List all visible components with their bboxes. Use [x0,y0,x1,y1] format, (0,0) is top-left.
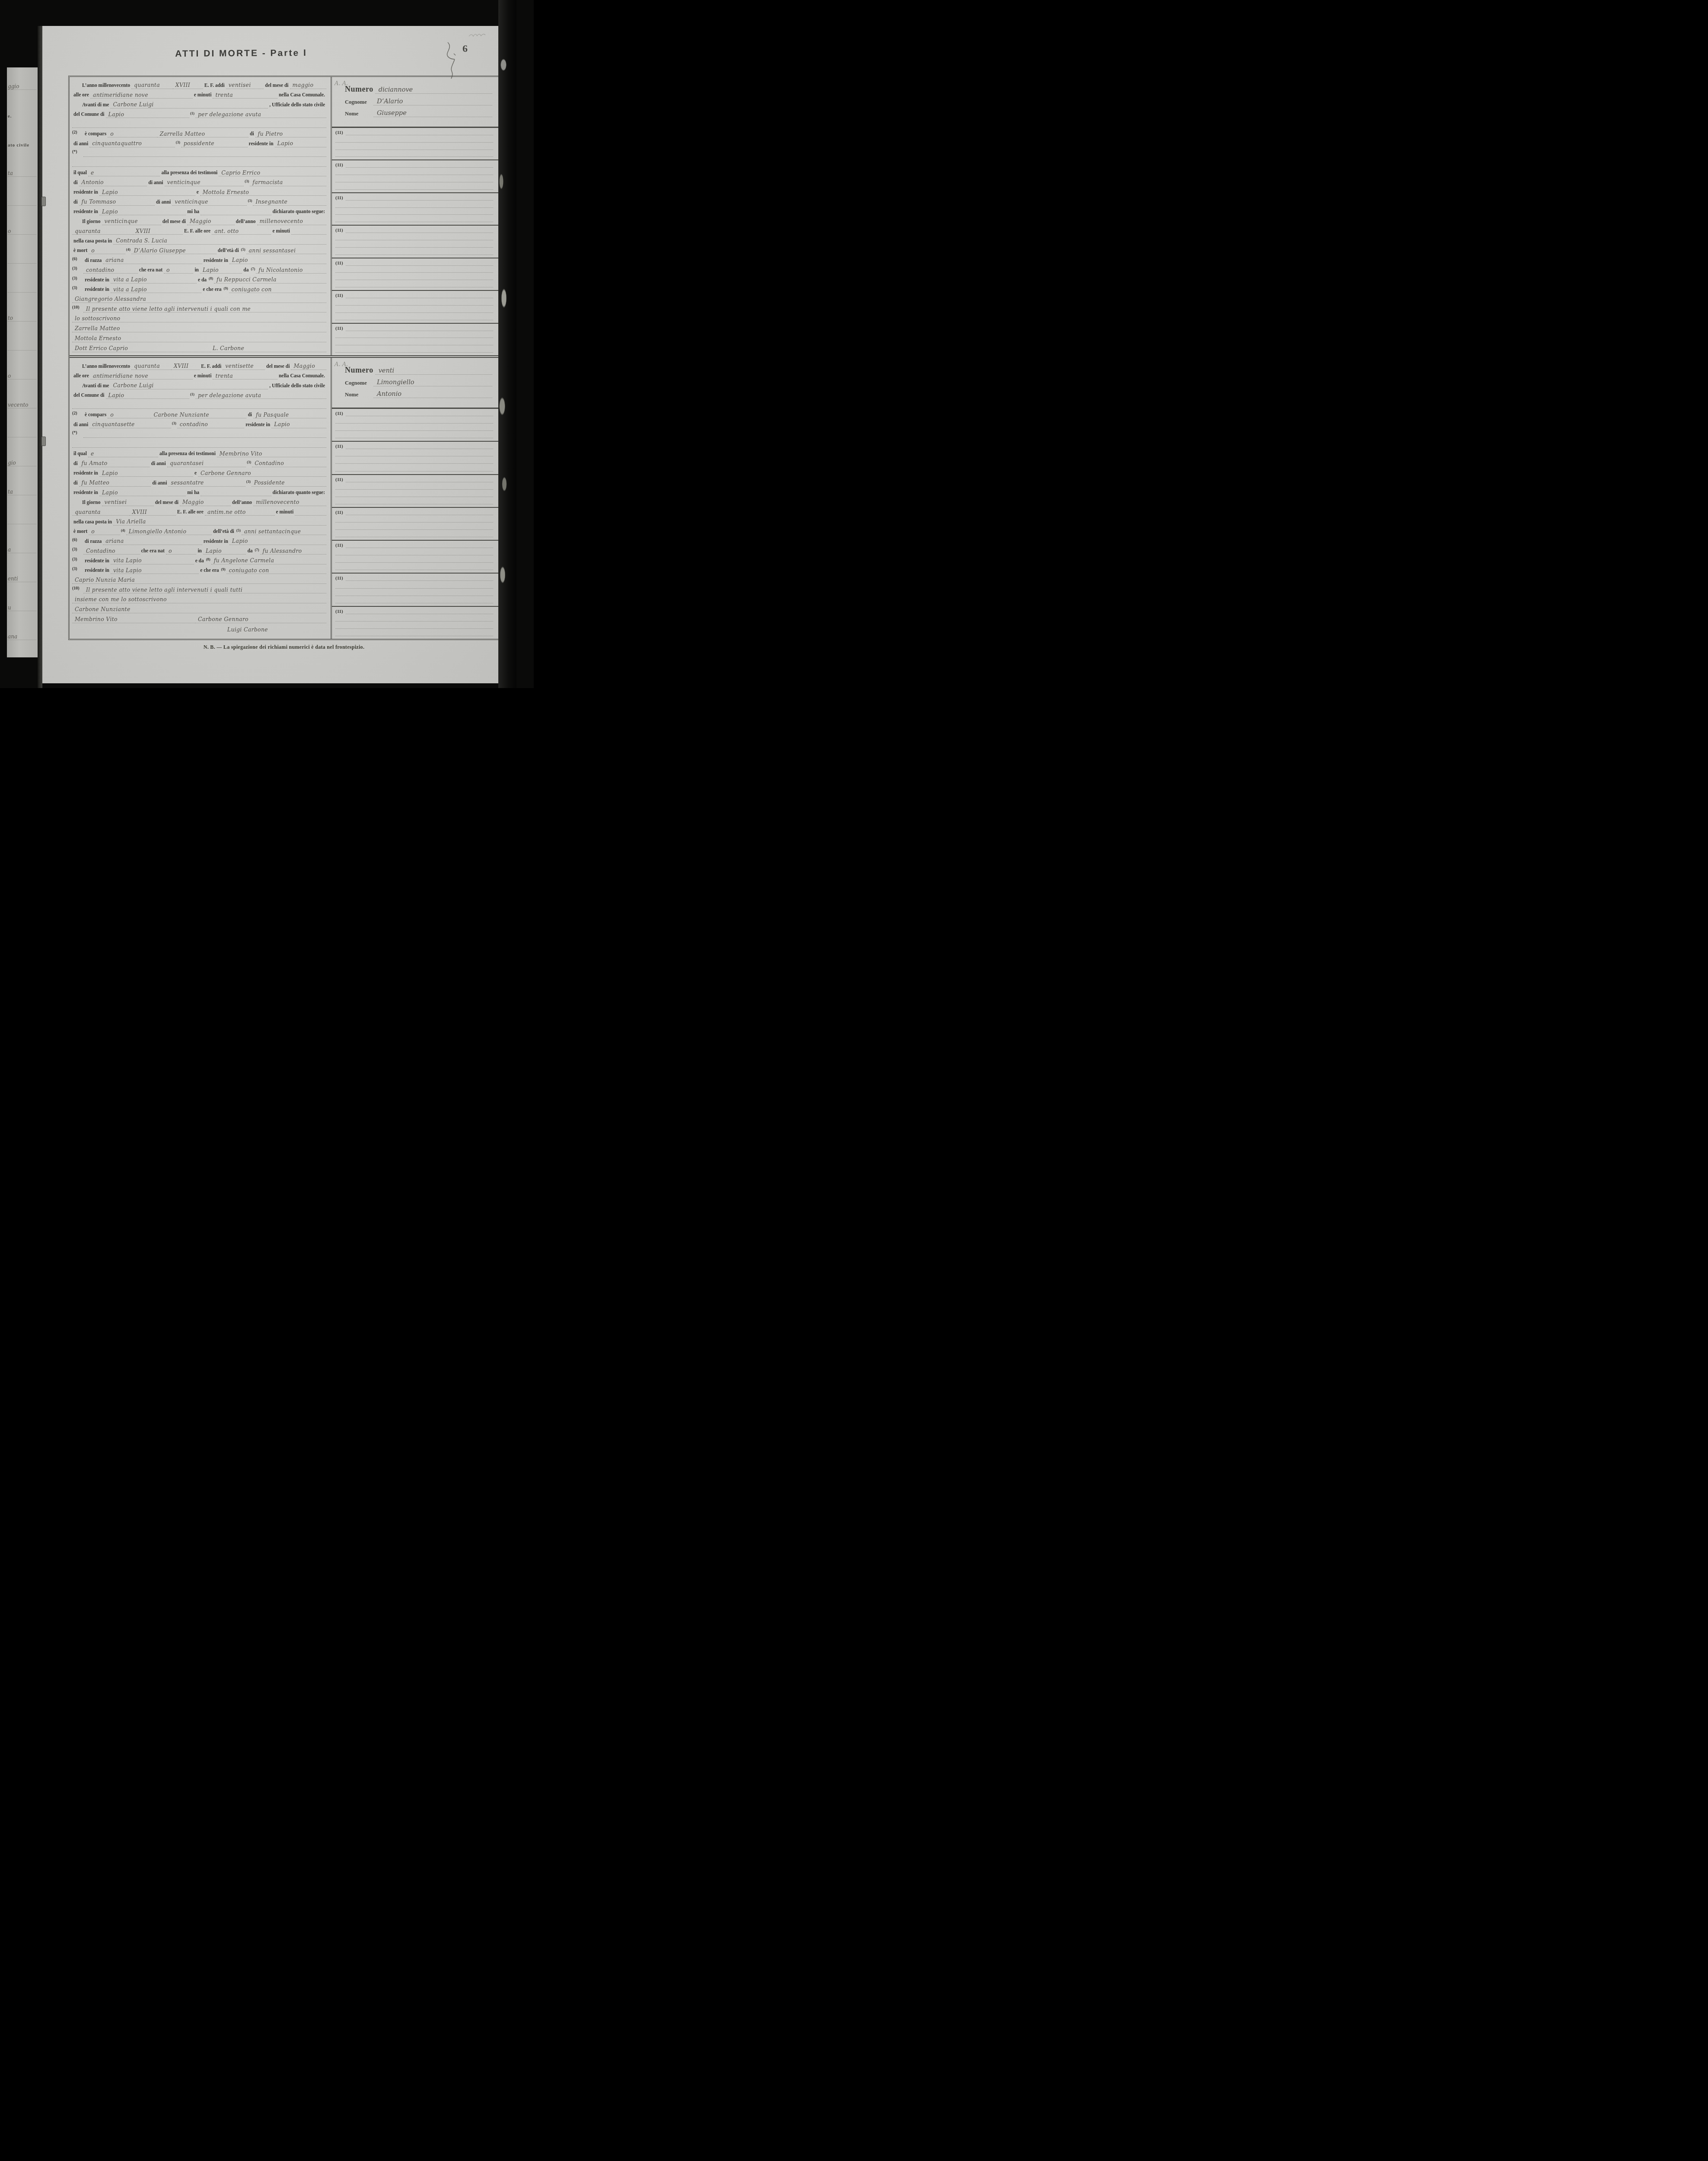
form-line: Carbone Nunziante [72,603,326,613]
handwritten-fragment: o [8,228,36,235]
numero-value: diciannove [375,86,492,94]
form-line: (3)contadinoche era natoinLapioda(7)fu N… [72,264,326,274]
dotted-line [346,194,493,201]
margin-marker: (6) [72,538,83,542]
nome-value: Giuseppe [373,110,492,117]
printed-text: alla presenza dei testimoni [158,451,217,457]
note-label: (11) [335,163,346,168]
handwritten-entry: Lapio [99,470,193,477]
form-line: (*) [72,428,326,438]
dotted-line [335,484,493,490]
printed-text: residente in [202,258,229,264]
form-line: del Comune diLapio(1)per delegazione avu… [72,389,326,399]
printed-text: e [195,190,200,196]
ref-number: (8) [205,557,211,561]
printed-text: e [193,471,198,477]
handwritten-entry: antimeridiane nove [90,92,193,99]
dotted-line [335,615,493,622]
printed-text: è mort [72,529,89,535]
binding-staple-icon [41,197,46,206]
death-record-2: L’anno millenovecentoquarantaXVIIIE. F. … [70,358,498,639]
dotted-line [335,498,493,504]
handwritten-entry: venticinque [172,199,247,205]
fragment-line [8,256,36,264]
printed-text: nella Casa Comunale. [277,92,326,99]
printed-text: , Ufficiale dello stato civile [268,383,326,389]
handwritten-entry: fu Tommaso [79,199,155,205]
printed-text: e minuti [193,373,213,379]
record-header: A. A. Numero diciannove Cognome D’Alario… [332,77,498,128]
fragment-line: o [8,227,36,235]
handwritten-entry: Via Ariella [113,519,326,525]
form-line: il qualealla presenza dei testimoniMembr… [72,448,326,458]
printed-text: di [72,461,79,467]
form-line: difu Tommasodi anniventicinque(3)Insegna… [72,196,326,206]
printed-text: E. F. alle ore [183,229,212,235]
handwritten-entry [201,215,271,215]
handwritten-entry: o [166,548,197,555]
dotted-line [346,292,493,298]
note-label: (11) [335,261,346,266]
form-line [72,118,326,128]
handwritten-entry: quaranta [72,509,130,516]
form-line: insieme con me lo sottoscrivono [72,593,326,603]
form-line: diAntoniodi anniventicinque(3)farmacista [72,176,326,186]
handwritten-entry: per delegazione avuta [195,112,326,118]
printed-text: di [246,412,253,418]
printed-text: E. F. addì [203,83,226,89]
handwritten-entry: fu Matteo [79,480,151,486]
printed-text: L’anno millenovecento [81,364,131,370]
note-block: (11) [332,442,498,475]
handwritten-entry: sessantatre [168,480,245,486]
cognome-label: Cognome [345,380,373,386]
death-record-1: L’anno millenovecentoquarantaXVIIIE. F. … [70,77,498,355]
printed-text: del mese di [265,364,291,370]
handwritten-entry: vita Lapio [111,558,194,564]
form-line: è morto(4)D’Alario Giuseppedell’età di(5… [72,245,326,255]
printed-text: e minuti [271,229,291,235]
margin-marker: (6) [72,257,83,261]
note-label: (11) [335,326,346,331]
corner-scribble-icon [468,31,487,39]
printed-text: di [72,200,79,206]
handwritten-entry: Giangregorio Alessandra [72,296,326,303]
nome-label: Nome [345,111,373,117]
note-block: (11) [332,324,498,355]
dotted-line [335,418,493,424]
dotted-line [335,516,493,523]
handwritten-entry [295,515,326,516]
handwritten-fragment: ggio [8,83,36,90]
form-line [72,399,326,409]
printed-text: Avanti di me [81,102,110,108]
fragment-line [8,198,36,206]
form-line: residente inLapioeCarbone Gennaro [72,467,326,477]
form-line: Il giornoventicinquedel mese diMaggiodel… [72,215,326,225]
footer-note: N. B. — La spiegazione dei richiami nume… [68,644,500,650]
record-form: L’anno millenovecentoquarantaXVIIIE. F. … [70,358,331,639]
dotted-line [346,260,493,266]
handwritten-entry: Membrino Vito [217,451,326,457]
annotation-blocks: (11)(11)(11)(11)(11)(11)(11) [332,128,498,355]
printed-text: il qual [72,170,88,176]
handwritten-entry: XVIII [173,82,203,89]
fragment-line: ggio [8,82,36,90]
form-line: alle oreantimeridiane novee minutitrenta… [72,89,326,99]
printed-text: da [246,548,254,555]
dotted-line [8,344,36,351]
ref-number: (5) [236,528,242,532]
printed-text: nella Casa Comunale. [277,373,326,379]
numero-label: Numero [345,366,375,375]
note-block: (11) [332,258,498,291]
printed-text: Avanti di me [81,383,110,389]
note-label: (11) [335,543,346,548]
note-block: (11) [332,409,498,442]
margin-marker: (*) [72,430,83,435]
ref-number: (7) [254,548,260,552]
printed-text: di [72,180,79,186]
margin-marker: (10) [72,586,83,591]
dotted-line [335,557,493,563]
handwritten-entry: L. Carbone [210,345,326,352]
handwritten-entry: cinquantaquattro [89,140,175,147]
fragment-line: vecento [8,401,36,408]
note-label: (11) [335,477,346,482]
handwritten-fragment: o [8,373,36,379]
cognome-value: D’Alario [373,98,492,105]
fragment-line: enti [8,574,36,582]
fragment-line: u [8,603,36,611]
dotted-line [335,137,493,143]
note-block: (11) [332,541,498,574]
dotted-line [335,209,493,215]
handwritten-entry: possidente [181,140,248,147]
note-label: (11) [335,444,346,449]
handwritten-entry: quaranta [131,82,173,89]
ref-number: (9) [223,286,229,290]
printed-text: di anni [151,481,168,487]
form-line: (2)è comparsoCarbone Nunziantedifu Pasqu… [72,409,326,419]
note-block: (11) [332,574,498,606]
ref-number: (8) [208,276,214,280]
handwritten-entry: vita a Lapio [111,277,197,283]
printed-text: dell’anno [231,500,253,506]
dotted-line [335,234,493,240]
numero-value: venti [375,367,492,375]
handwritten-entry: ant. otto [212,228,271,235]
handwritten-entry: Contadino [252,460,326,467]
handwritten-entry [291,234,326,235]
acts-frame: L’anno millenovecentoquarantaXVIIIE. F. … [68,76,500,640]
handwritten-entry: Luigi Carbone [225,627,270,633]
note-block: (11) [332,128,498,160]
printed-text: dell’età di [217,248,240,254]
record-form: L’anno millenovecentoquarantaXVIIIE. F. … [70,77,331,355]
dotted-line [335,524,493,530]
printed-text: residente in [72,190,99,196]
handwritten-entry: fu Pasquale [253,412,326,418]
handwritten-entry [201,496,271,496]
form-line: di annicinquantasette(3)contadinoresiden… [72,418,326,428]
handwritten-fragment: vecento [8,402,36,408]
printed-text: di anni [150,461,167,467]
note-block: (11) [332,607,498,639]
handwritten-entry: Lapio [200,267,242,274]
form-line: (2)è comparsoZarrella Matteodifu Pietro [72,128,326,138]
handwritten-entry: millenovecento [253,499,326,506]
margin-annotation: A. A. [335,80,348,87]
form-line: Avanti di meCarbone Luigi, Ufficiale del… [72,379,326,389]
fragment-line: gio [8,459,36,466]
printed-text: residente in [244,422,271,428]
handwritten-entry [72,127,326,128]
book-spine-shadow [38,26,42,688]
handwritten-entry: Caprio Errico [219,170,326,176]
fragment-line: e. [8,111,36,119]
printed-text: mi ha [186,209,201,215]
form-line: (3)residente invita a Lapioe da(8)fu Rep… [72,274,326,284]
form-line: lo sottoscrivono [72,312,326,322]
dotted-line [335,590,493,596]
handwritten-entry: Carbone Gennaro [195,616,326,623]
printed-text: alla presenza dei testimoni [160,170,219,176]
handwritten-entry: Mottola Ernesto [72,335,326,342]
dotted-line [335,450,493,456]
printed-text: dichiarato quanto segue: [271,209,326,215]
handwritten-entry: quaranta [131,363,171,370]
form-line: alle oreantimeridiane novee minutitrenta… [72,370,326,380]
dotted-line [335,630,493,636]
printed-text: è mort [72,248,89,254]
book-page-edges [498,0,516,688]
document-scan: ggioe.ato civiletaotoovecentogiotaaentiu… [0,0,534,688]
handwritten-entry: insieme con me lo sottoscrivono [72,596,326,603]
handwritten-entry: Zarrella Matteo [72,325,326,332]
dotted-line [346,608,493,614]
handwritten-entry: o [89,248,125,254]
fragment-line: ta [8,169,36,177]
dotted-line [335,216,493,222]
dotted-line [335,242,493,248]
handwritten-entry: venticinque [102,218,161,225]
printed-text: residente in [72,490,99,496]
printed-text: e che era [199,568,220,574]
handwritten-entry: Lapio [203,548,246,555]
form-line: (3)residente invita a Lapioe che era(9)c… [72,284,326,293]
margin-marker: (*) [72,150,83,154]
printed-text: che era nat [138,268,164,274]
form-line: difu Amatodi anniquarantasei(3)Contadino [72,457,326,467]
note-block: (11) [332,193,498,226]
form-line: residente inLapiomi hadichiarato quanto … [72,206,326,216]
handwritten-entry: fu Reppucci Carmela [214,277,326,283]
form-line: di annicinquantaquattro(3)possidenteresi… [72,137,326,147]
printed-text: il qual [72,451,88,457]
ref-number: (3) [244,179,250,183]
handwritten-entry: cinquantasette [89,421,171,428]
handwritten-entry: contadino [177,421,244,428]
form-line [72,438,326,448]
note-block: (11) [332,226,498,258]
handwritten-fragment: gio [8,460,36,466]
printed-text: e che era [201,287,223,293]
handwritten-entry: coniugato con [229,287,326,293]
handwritten-entry: quarantasei [167,460,246,467]
form-line: Avanti di meCarbone Luigi, Ufficiale del… [72,99,326,108]
dotted-line [346,443,493,449]
ref-number: (3) [245,479,252,484]
handwritten-entry: XVIII [130,509,176,516]
nome-label: Nome [345,392,373,398]
handwritten-entry: lo sottoscrivono [72,316,326,322]
dotted-line [346,575,493,581]
note-label: (11) [335,576,346,581]
handwritten-entry: Maggio [180,499,231,506]
printed-text: e minuti [275,510,295,516]
dotted-line [335,458,493,464]
printed-text: mi ha [186,490,201,496]
note-label: (11) [335,195,346,201]
note-block: (11) [332,475,498,508]
handwritten-entry: quaranta [72,228,133,235]
page-number: 6 [462,43,468,55]
ref-number: (1) [189,392,195,396]
handwritten-entry: ventisei [102,499,154,506]
ref-number: (3) [171,421,177,425]
form-line: difu Matteodi annisessantatre(3)Possiden… [72,477,326,487]
handwritten-entry: Lapio [106,112,189,118]
handwritten-entry: trenta [213,92,277,99]
facing-page-sliver: ggioe.ato civiletaotoovecentogiotaaentiu… [7,67,38,657]
note-label: (11) [335,130,346,135]
handwritten-entry: Lapio [99,189,195,196]
printed-text: residente in [248,141,275,147]
dotted-line [335,184,493,190]
handwritten-entry: ventisette [223,363,265,370]
handwritten-entry: Limongiello Antonio [126,529,212,535]
printed-text: residente in [202,539,229,545]
dotted-line [8,199,36,206]
printed-text: del mese di [161,219,187,225]
printed-text: del mese di [154,500,180,506]
handwritten-fragment: ta [8,170,36,177]
printed-text: di anni [147,180,164,186]
handwritten-entry: o [108,412,151,418]
form-line: Giangregorio Alessandra [72,293,326,303]
printed-text: del mese di [264,83,290,89]
handwritten-fragment: a [8,547,36,553]
handwritten-entry: anni sessantasei [246,248,326,254]
ref-number: (4) [125,247,131,252]
numero-label: Numero [345,85,375,94]
handwritten-entry: fu Angelone Carmela [211,558,326,564]
handwritten-entry: Carbone Nunziante [151,412,246,418]
handwritten-entry: Il presente atto viene letto agli interv… [83,587,326,593]
fragment-line [8,516,36,524]
form-line: (6)di razzaarianaresidente inLapio [72,254,326,264]
printed-text: e da [194,558,205,564]
handwritten-entry: antimeridiane nove [90,373,193,379]
fragment-line: a [8,545,36,553]
handwritten-fragment: enti [8,576,36,582]
printed-text: di anni [155,200,172,206]
margin-marker: (3) [72,276,83,281]
form-line: Mottola Ernesto [72,332,326,342]
handwritten-entry: fu Alessandro [260,548,326,555]
margin-marker: (3) [72,286,83,290]
form-line: L’anno millenovecentoquarantaXVIIIE. F. … [72,360,326,370]
handwritten-entry: Lapio [275,140,326,147]
handwritten-entry: Carbone Gennaro [198,470,326,477]
printed-text: L’anno millenovecento [81,83,131,89]
margin-column: A. A. Numero diciannove Cognome D’Alario… [331,77,498,355]
dotted-line [335,465,493,472]
form-line: è morto(4)Limongiello Antoniodell’età di… [72,526,326,535]
handwritten-entry: vita Lapio [111,567,199,574]
handwritten-entry: Lapio [99,490,186,496]
handwritten-entry: Lapio [229,257,326,264]
handwritten-entry: o [108,131,157,137]
ref-number: (3) [175,140,181,144]
printed-text: dell’età di [212,529,236,535]
dotted-line [335,151,493,157]
fragment-line: ato civile [8,140,36,148]
handwritten-entry: millenovecento [257,218,326,225]
dotted-line [335,425,493,431]
nome-value: Antonio [373,391,492,398]
printed-text: nella casa posta in [72,239,113,245]
form-line: L’anno millenovecentoquarantaXVIIIE. F. … [72,79,326,89]
handwritten-entry: o [164,267,193,274]
dotted-line [8,431,36,437]
printed-text: residente in [83,277,111,284]
printed-text: in [193,268,200,274]
margin-marker: (3) [72,567,83,571]
printed-text: residente in [72,471,99,477]
fragment-line [8,430,36,437]
handwritten-entry: Lapio [229,538,326,545]
dotted-line [346,325,493,331]
form-line: nella casa posta inContrada S. Lucia [72,235,326,245]
handwritten-entry: Carbone Luigi [110,382,268,389]
printed-text: di razza [83,539,103,545]
dotted-line [335,564,493,570]
handwritten-entry: fu Pietro [255,131,326,137]
handwritten-entry: D’Alario Giuseppe [131,248,217,254]
printed-text: dell’anno [235,219,257,225]
page-title: ATTI DI MORTE - Parte I [137,48,345,59]
dotted-line [8,257,36,264]
handwritten-fragment: to [8,315,36,322]
handwritten-entry: Maggio [187,218,235,225]
margin-marker: (3) [72,266,83,271]
handwritten-entry: Maggio [291,363,326,370]
margin-marker: (2) [72,130,83,135]
handwritten-entry: ariana [103,538,202,545]
note-block: (11) [332,160,498,193]
printed-text: di anni [72,141,89,147]
printed-text: E. F. alle ore [176,510,205,516]
form-line: residente inLapiomi hadichiarato quanto … [72,487,326,497]
note-label: (11) [335,293,346,298]
dotted-line [8,518,36,524]
form-line: Dott Errico CaprioL. Carbone [72,342,326,352]
handwritten-entry: trenta [213,373,277,379]
printed-text: è compars [83,131,108,137]
printed-text: dichiarato quanto segue: [271,490,326,496]
